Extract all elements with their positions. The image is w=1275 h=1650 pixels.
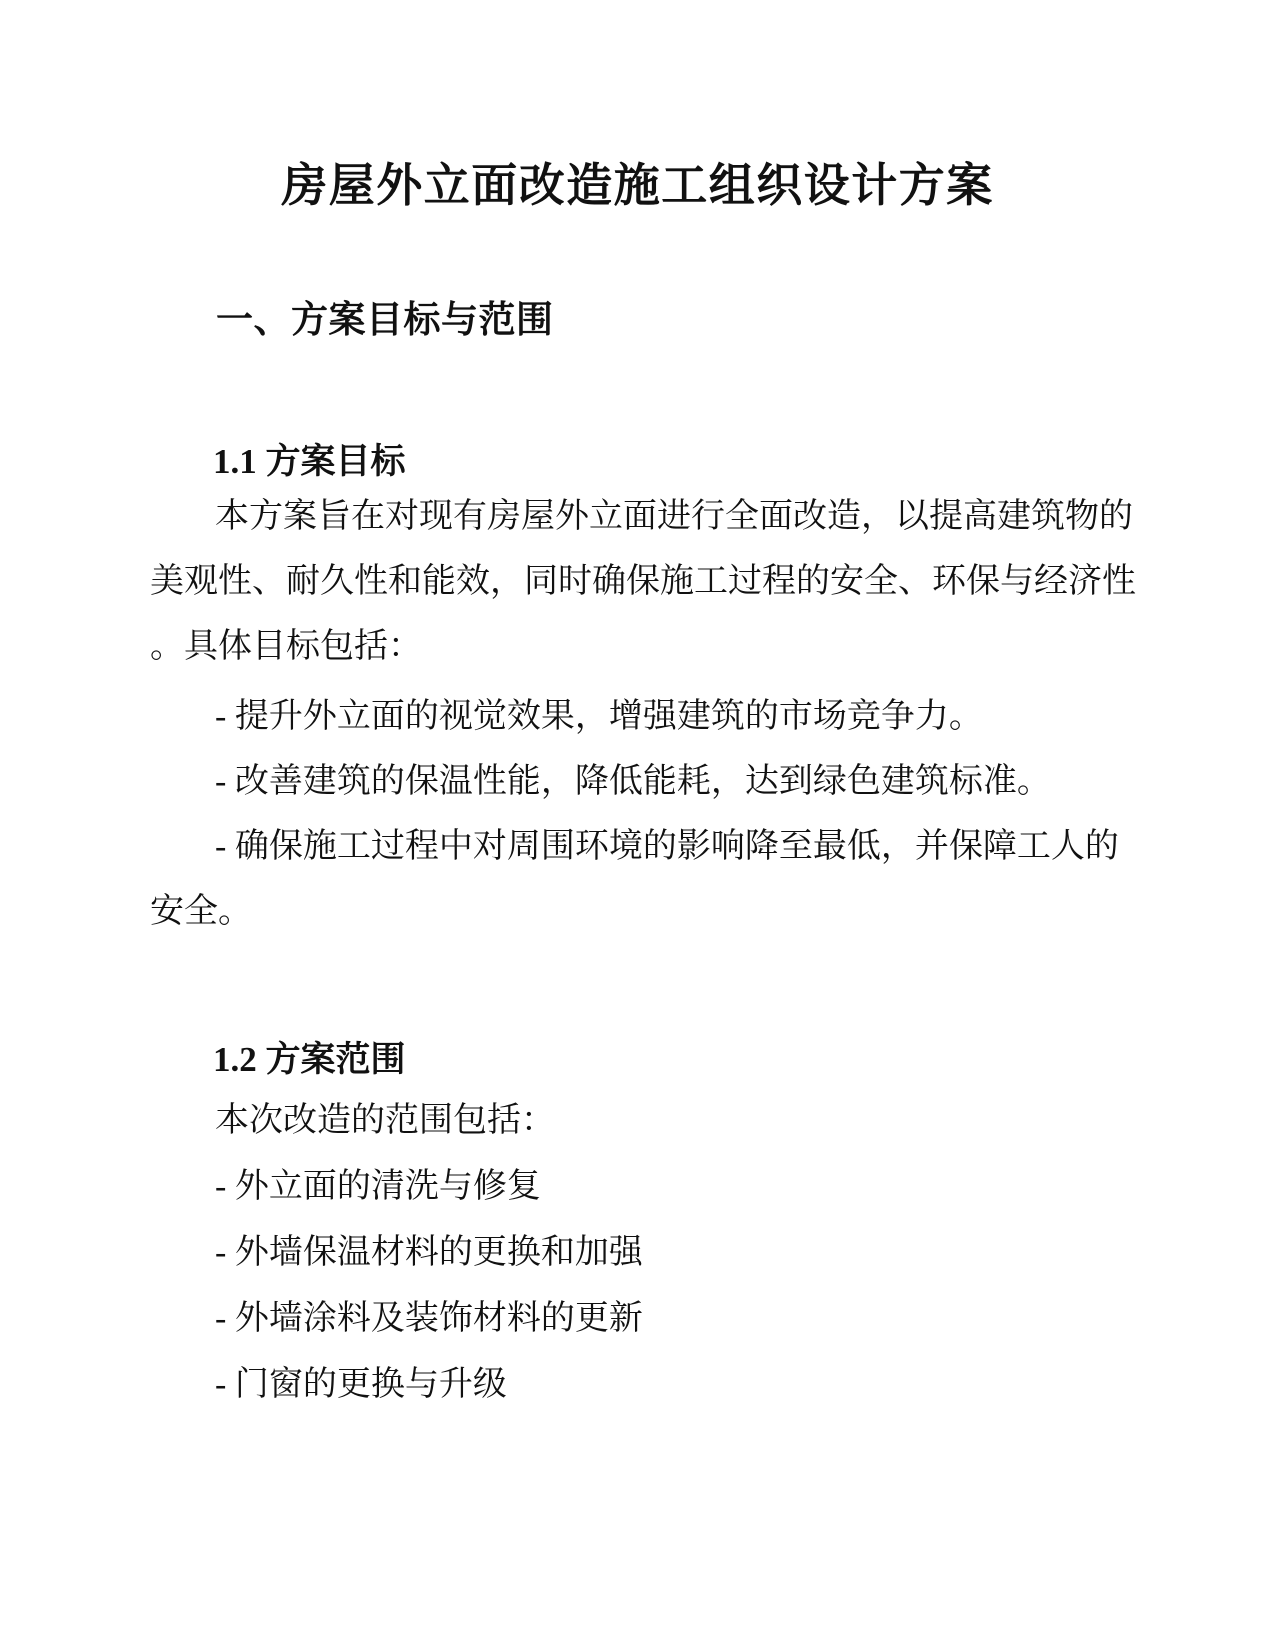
section-1-1-bullet-3-continuation: 安全。 <box>150 895 252 929</box>
section-1-1-bullet-2: - 改善建筑的保温性能，降低能耗，达到绿色建筑标准。 <box>215 765 1051 799</box>
section-1-2-intro: 本次改造的范围包括： <box>215 1104 555 1138</box>
document-title: 房屋外立面改造施工组织设计方案 <box>0 162 1275 208</box>
section-1-2-bullet-3: - 外墙涂料及装饰材料的更新 <box>215 1302 643 1336</box>
section-1-2-bullet-4: - 门窗的更换与升级 <box>215 1368 507 1402</box>
section-1-2-bullet-1: - 外立面的清洗与修复 <box>215 1170 541 1204</box>
section-1-1-heading: 1.1 方案目标 <box>213 444 406 479</box>
section-1-1-bullet-1: - 提升外立面的视觉效果，增强建筑的市场竞争力。 <box>215 700 983 734</box>
section-1-heading: 一、方案目标与范围 <box>216 301 554 338</box>
section-1-1-paragraph-line-1: 本方案旨在对现有房屋外立面进行全面改造，以提高建筑物的 <box>215 500 1133 534</box>
section-1-2-heading: 1.2 方案范围 <box>213 1042 406 1077</box>
section-1-1-paragraph-line-3: 。具体目标包括： <box>150 630 422 664</box>
section-1-2-bullet-2: - 外墙保温材料的更换和加强 <box>215 1236 643 1270</box>
document-page: 房屋外立面改造施工组织设计方案 一、方案目标与范围 1.1 方案目标 本方案旨在… <box>0 0 1275 1650</box>
section-1-1-bullet-3: - 确保施工过程中对周围环境的影响降至最低，并保障工人的 <box>215 830 1119 864</box>
section-1-1-paragraph-line-2: 美观性、耐久性和能效，同时确保施工过程的安全、环保与经济性 <box>150 565 1136 599</box>
